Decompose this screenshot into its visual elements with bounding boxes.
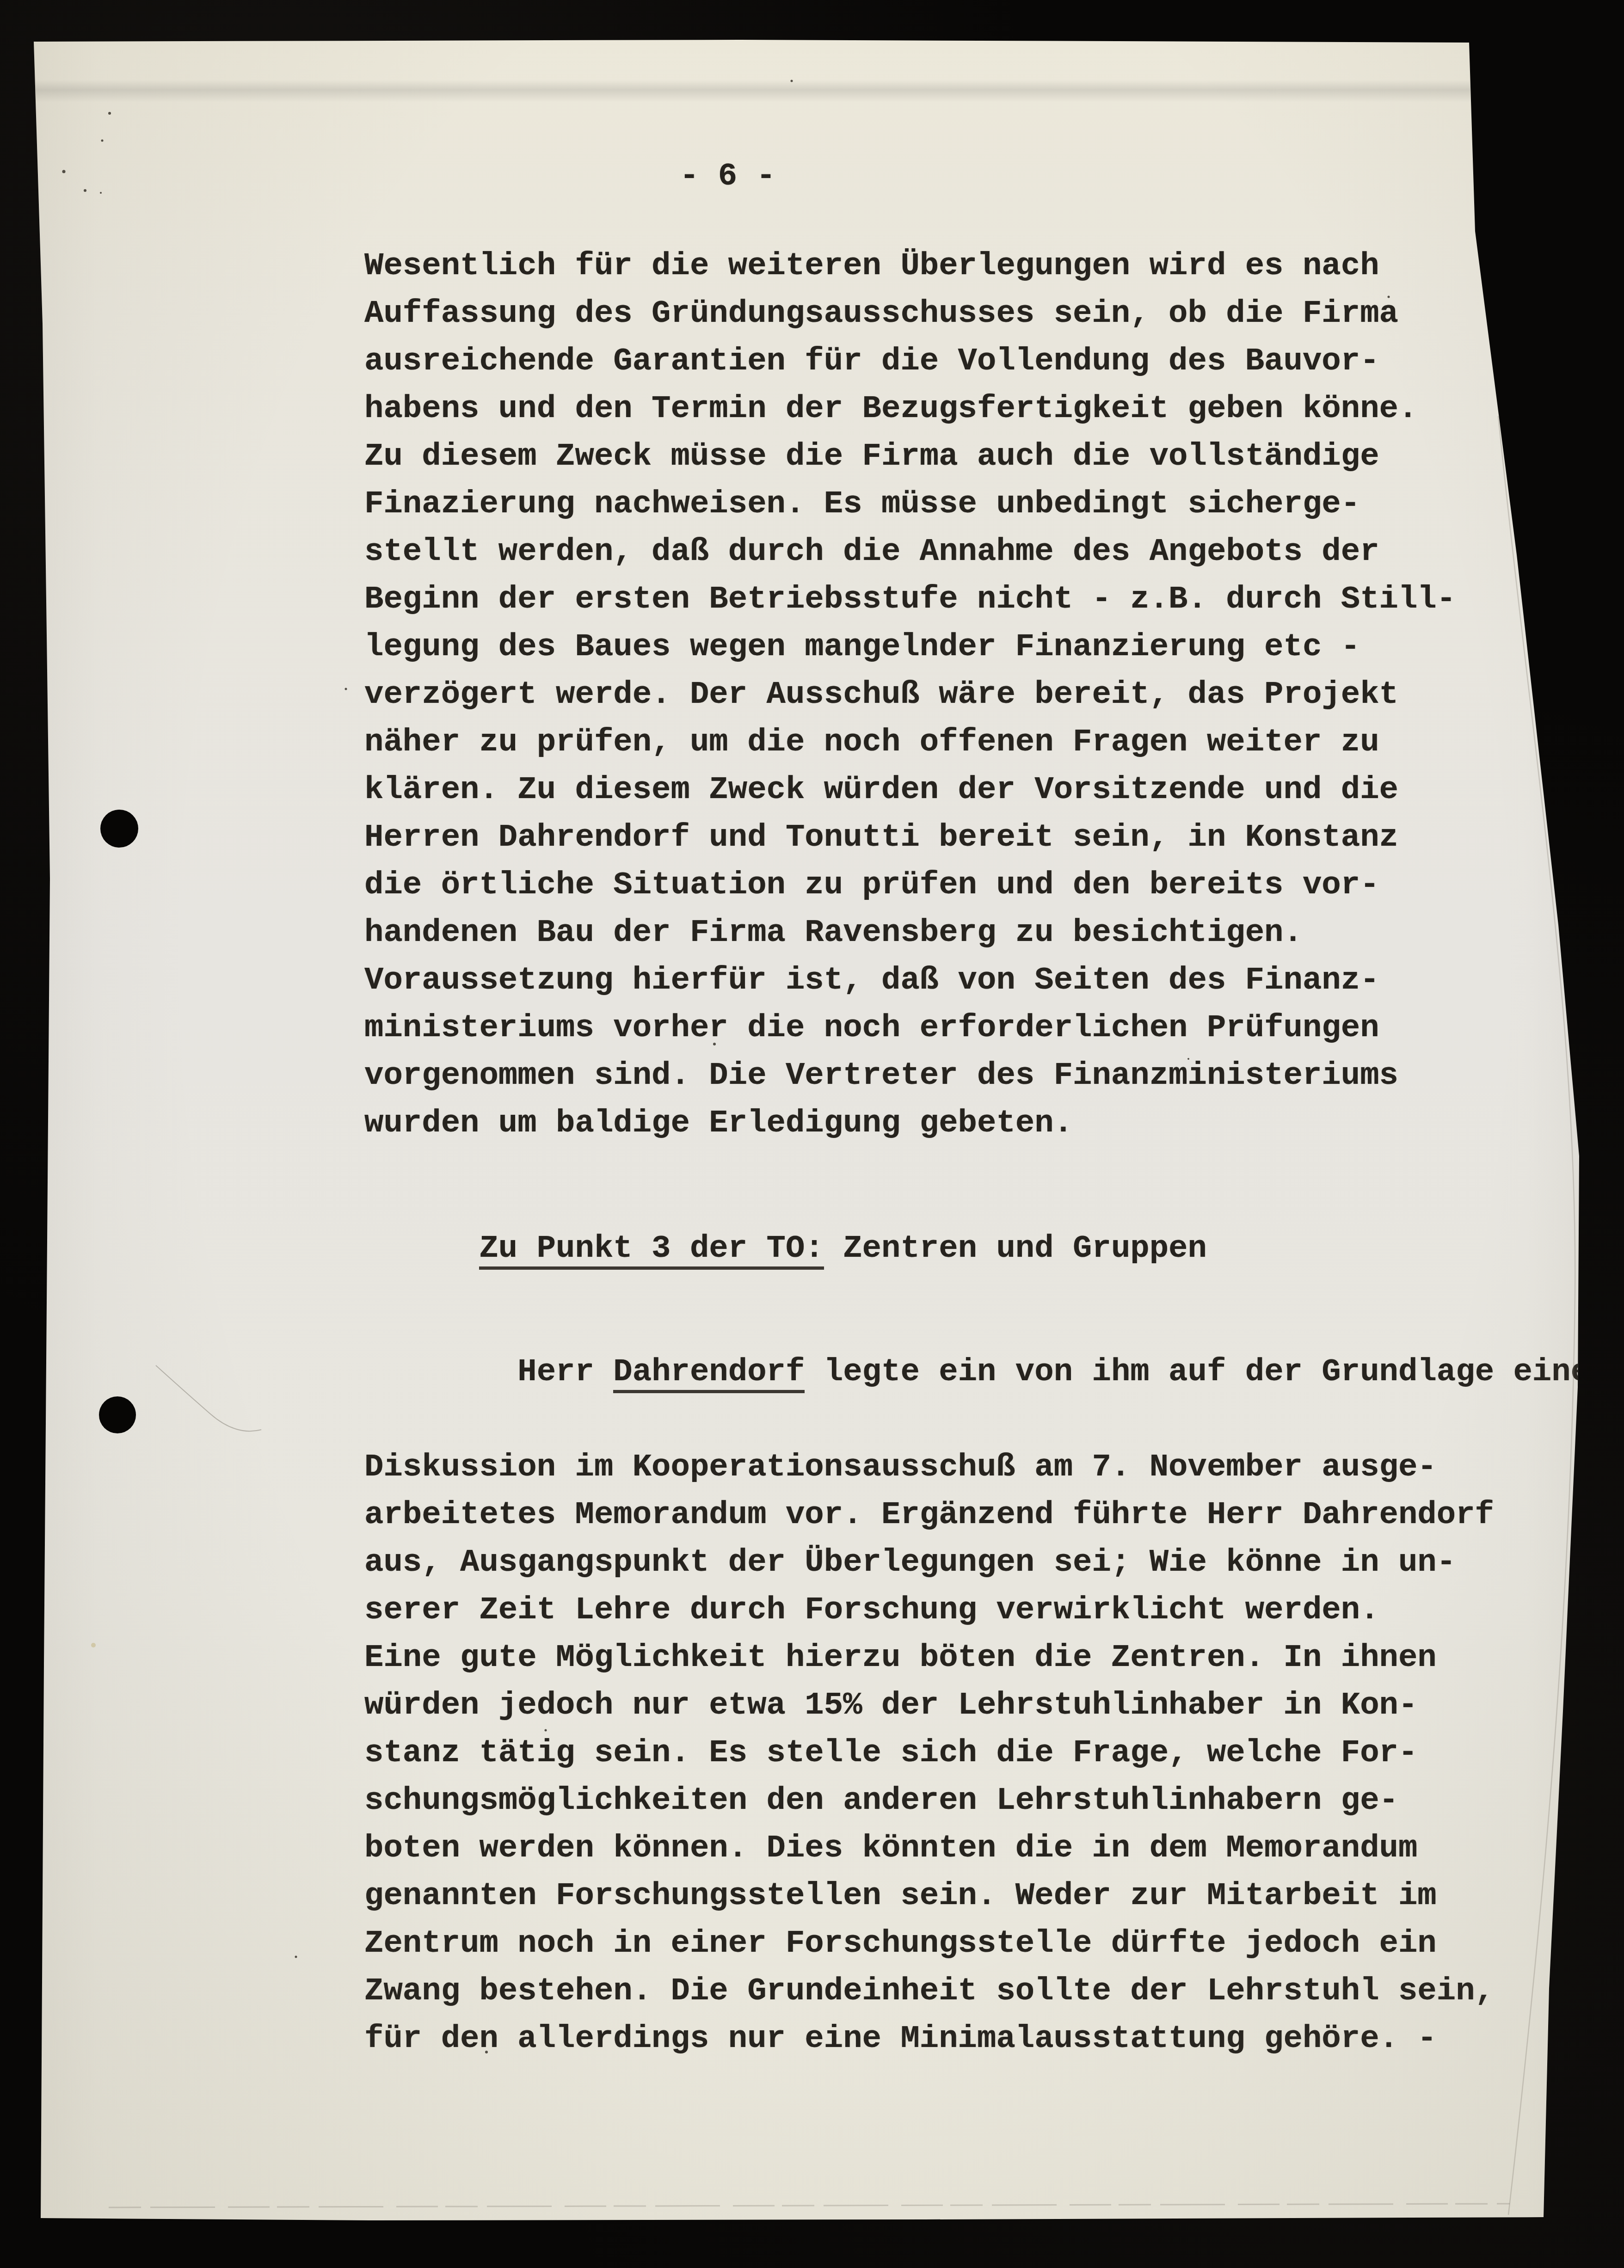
page-number: - 6 - — [680, 153, 775, 200]
text-line: Diskussion im Kooperationsausschuß am 7.… — [364, 1444, 1609, 1491]
text-line: ausreichende Garantien für die Vollendun… — [364, 338, 1456, 385]
text-line: Herren Dahrendorf und Tonutti bereit sei… — [364, 814, 1456, 861]
text-line: boten werden können. Dies könnten die in… — [364, 1825, 1609, 1872]
text-line: die örtliche Situation zu prüfen und den… — [364, 861, 1456, 909]
text-line: vorgenommen sind. Die Vertreter des Fina… — [364, 1052, 1456, 1100]
text-line: Beginn der ersten Betriebsstufe nicht - … — [364, 576, 1456, 623]
text-line: Herr Dahrendorf legte ein von ihm auf de… — [364, 1301, 1609, 1444]
text-line: Wesentlich für die weiteren Überlegungen… — [364, 242, 1456, 290]
section-heading-rest: Zentren und Gruppen — [824, 1230, 1207, 1266]
section-heading: Zu Punkt 3 der TO: Zentren und Gruppen — [364, 1177, 1207, 1320]
scan-background: - 6 - Wesentlich für die weiteren Überle… — [0, 0, 1624, 2268]
text-line: arbeitetes Memorandum vor. Ergänzend füh… — [364, 1491, 1609, 1539]
text-line: serer Zeit Lehre durch Forschung verwirk… — [364, 1586, 1609, 1634]
scan-light-band — [34, 80, 1472, 102]
line-prefix: Herr — [517, 1354, 613, 1390]
text-line: ministeriums vorher die noch erforderlic… — [364, 1004, 1456, 1052]
text-line: verzögert werde. Der Ausschuß wäre berei… — [364, 671, 1456, 719]
text-line: stanz tätig sein. Es stelle sich die Fra… — [364, 1729, 1609, 1777]
text-line: schungsmöglichkeiten den anderen Lehrstu… — [364, 1777, 1609, 1825]
text-line: stellt werden, daß durch die Annahme des… — [364, 528, 1456, 576]
line-rest: legte ein von ihm auf der Grundlage eine… — [805, 1354, 1609, 1390]
text-line: Auffassung des Gründungsausschusses sein… — [364, 290, 1456, 338]
text-line: Eine gute Möglichkeit hierzu böten die Z… — [364, 1634, 1609, 1682]
text-line: würden jedoch nur etwa 15% der Lehrstuhl… — [364, 1682, 1609, 1729]
text-line: aus, Ausgangspunkt der Überlegungen sei;… — [364, 1539, 1609, 1586]
text-line: Voraussetzung hierfür ist, daß von Seite… — [364, 957, 1456, 1004]
text-line: Zu diesem Zweck müsse die Firma auch die… — [364, 433, 1456, 480]
text-line: Finazierung nachweisen. Es müsse unbedin… — [364, 480, 1456, 528]
text-line: für den allerdings nur eine Minimalausst… — [364, 2015, 1609, 2063]
text-line: wurden um baldige Erledigung gebeten. — [364, 1100, 1456, 1147]
name-underlined: Dahrendorf — [613, 1354, 805, 1393]
paragraph-punkt2: Wesentlich für die weiteren Überlegungen… — [364, 242, 1456, 1147]
text-line: handenen Bau der Firma Ravensberg zu bes… — [364, 909, 1456, 957]
text-line: Zentrum noch in einer Forschungsstelle d… — [364, 1920, 1609, 1967]
paragraph-punkt3: Herr Dahrendorf legte ein von ihm auf de… — [364, 1301, 1609, 2063]
text-line: genannten Forschungsstellen sein. Weder … — [364, 1872, 1609, 1920]
text-line: legung des Baues wegen mangelnder Finanz… — [364, 623, 1456, 671]
text-line: klären. Zu diesem Zweck würden der Vorsi… — [364, 766, 1456, 814]
document-page: - 6 - Wesentlich für die weiteren Überle… — [0, 0, 1624, 2268]
text-line: Zwang bestehen. Die Grundeinheit sollte … — [364, 1967, 1609, 2015]
section-heading-underlined: Zu Punkt 3 der TO: — [479, 1230, 824, 1270]
text-line: näher zu prüfen, um die noch offenen Fra… — [364, 719, 1456, 766]
text-line: habens und den Termin der Bezugsfertigke… — [364, 385, 1456, 433]
